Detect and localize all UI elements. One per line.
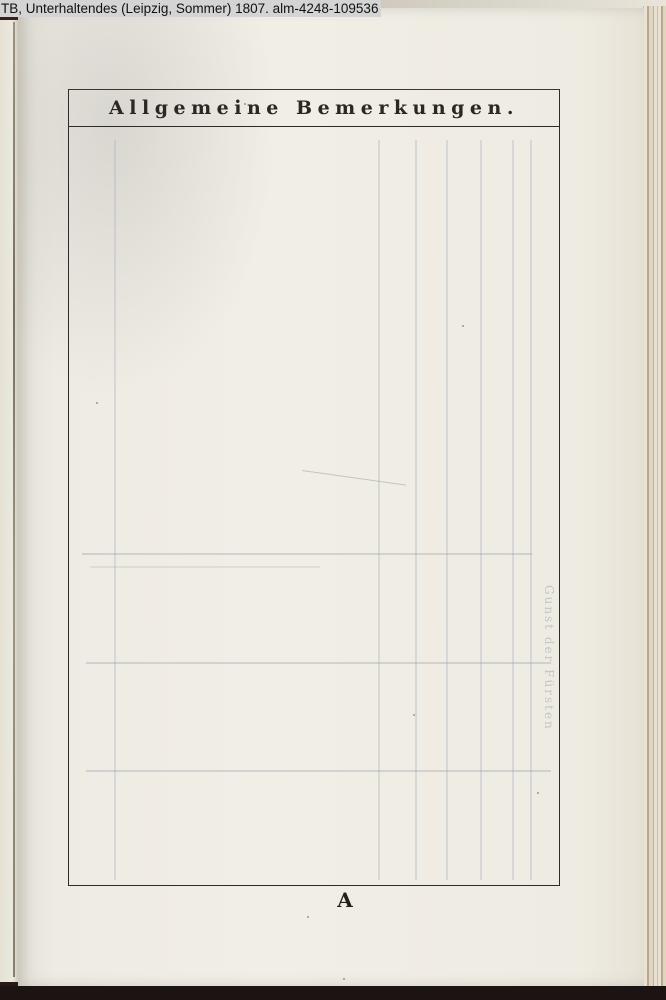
scan-bottom-edge [0,986,666,1000]
scan-caption: TB, Unterhaltendes (Leipzig, Sommer) 180… [0,0,381,17]
paper-speck [537,792,539,794]
notes-frame: Allgemeine Bemerkungen. [68,89,560,886]
paper-speck [96,402,98,404]
header-rule [69,126,559,127]
facing-page-edge [0,20,18,982]
page-heading: Allgemeine Bemerkungen. [69,93,559,123]
paper-speck [413,714,415,716]
signature-mark: A [331,888,359,912]
gutter-line [13,22,15,977]
paper-speck [244,103,246,105]
paper-speck [307,916,309,918]
paper-speck [343,978,345,980]
paper-speck [462,325,464,327]
